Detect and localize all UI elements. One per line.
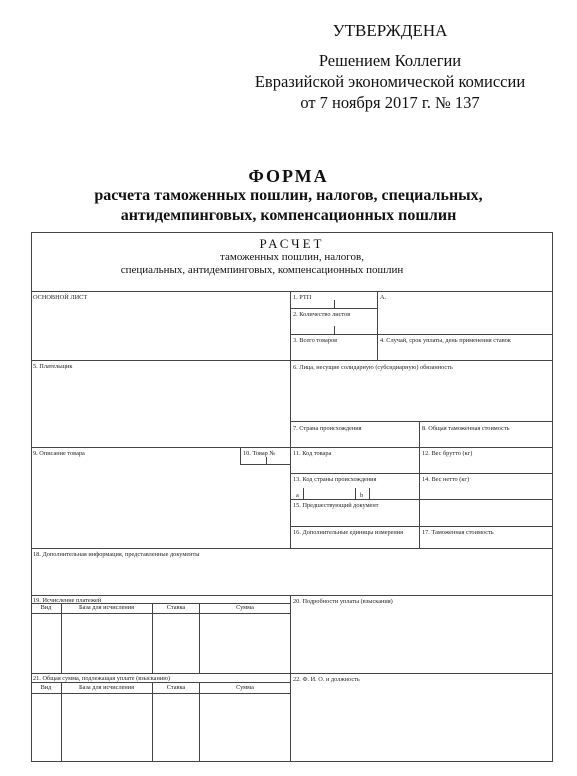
approval-line1: Решением Коллегии [225,50,555,71]
field-18-label: 18. Дополнительная информация, представл… [33,551,199,558]
field-21-label: 21. Общая сумма, подлежащая уплате (взыс… [33,675,170,682]
approval-line2: Евразийской экономической комиссии [225,71,555,92]
table19-col-sum: Сумма [200,604,290,611]
table21-col-sum: Сумма [200,684,290,691]
field-13-label: 13. Код страны происхождения [293,476,376,483]
field-13b-label: b [360,492,363,499]
field-13a-label: a [296,492,299,499]
form-title-heading: ФОРМА [0,166,577,186]
approval-stamp: УТВЕРЖДЕНА Решением Коллегии Евразийской… [225,20,555,113]
approval-heading: УТВЕРЖДЕНА [225,20,555,41]
field-12-label: 12. Вес брутто (кг) [422,450,472,457]
field-16-label: 16. Дополнительные единицы измерения [293,529,403,536]
field-22-label: 22. Ф. И. О. и должность [293,676,360,683]
field-8-label: 8. Общая таможенная стоимость [422,425,510,432]
form-title: ФОРМА расчета таможенных пошлин, налогов… [0,166,577,226]
field-10-label: 10. Товар № [243,450,275,457]
field-a-label: А. [380,294,386,301]
approval-line3: от 7 ноября 2017 г. № 137 [225,92,555,113]
field-2-label: 2. Количество листов [293,311,350,318]
field-20-label: 20. Подробности уплаты (взыскания) [293,598,393,605]
field-17-label: 17. Таможенная стоимость [422,529,494,536]
field-5-label: 5. Плательщик [33,363,72,370]
field-14-label: 14. Вес нетто (кг) [422,476,469,483]
field-3-label: 3. Всего товаров [293,337,337,344]
calc-heading: РАСЧЕТ [31,236,553,251]
field-15-label: 15. Предшествующий документ [293,502,378,509]
main-sheet-label: ОСНОВНОЙ ЛИСТ [33,294,87,301]
calc-line2: специальных, антидемпинговых, компенсаци… [0,264,553,277]
table21-col-rate: Ставка [152,684,200,691]
table19-col-kind: Вид [31,604,61,611]
field-7-label: 7. Страна происхождения [293,425,362,432]
field-1-label: 1. РТП [293,294,311,301]
table19-col-base: База для исчисления [61,604,152,611]
calc-line1: таможенных пошлин, налогов, [31,251,553,264]
field-6-label: 6. Лица, несущие солидарную (субсидиарну… [293,364,453,371]
table19-col-rate: Ставка [152,604,200,611]
table21-col-base: База для исчисления [61,684,152,691]
calc-header: РАСЧЕТ таможенных пошлин, налогов, специ… [31,236,553,277]
table21-col-kind: Вид [31,684,61,691]
field-4-label: 4. Случай, срок уплаты, день применения … [380,337,511,344]
field-9-label: 9. Описание товара [33,450,85,457]
form-title-line1: расчета таможенных пошлин, налогов, спец… [0,186,577,206]
form-title-line2: антидемпинговых, компенсационных пошлин [0,206,577,226]
field-11-label: 11. Код товара [293,450,331,457]
